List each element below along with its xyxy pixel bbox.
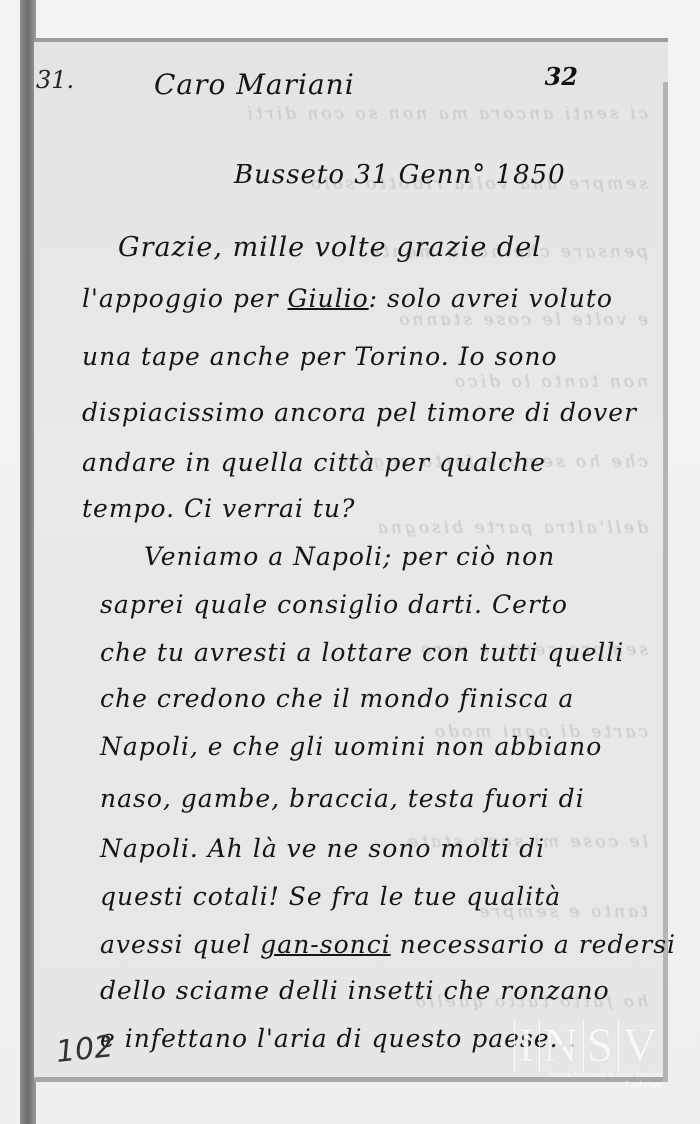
logo-letter: V — [618, 1019, 662, 1072]
insv-watermark: INSV Istituto Nazionale di Studi Verdian… — [512, 1022, 662, 1090]
underlined-word: Giulio — [288, 284, 369, 313]
folio-number-right: 32 — [545, 62, 578, 91]
letter-line: Napoli, e che gli uomini non abbiano — [100, 732, 602, 761]
letter-line: questi cotali! Se fra le tue qualità — [100, 882, 561, 911]
letter-line: avessi quel gan-sonci necessario a reder… — [100, 930, 676, 959]
letter-line: tempo. Ci verrai tu? — [82, 494, 355, 523]
letter-line: Veniamo a Napoli; per ciò non — [144, 542, 555, 571]
bleed-through-text: ci senti ancora ma non so con dirti — [64, 104, 648, 124]
salutation: Caro Mariani — [154, 68, 355, 101]
letter-page: ci senti ancora ma non so con dirti semp… — [34, 38, 668, 1082]
letter-line: Napoli. Ah là ve ne sono molti di — [100, 834, 545, 863]
letter-line: saprei quale consiglio darti. Certo — [100, 590, 568, 619]
insv-logo: INSV — [512, 1022, 662, 1070]
bleed-through-text: e volte le cose stanno — [64, 310, 648, 330]
letter-line-text: l'appoggio per Giulio: solo avrei voluto — [82, 284, 613, 313]
folio-number-left: 31. — [36, 66, 74, 94]
letter-line: dello sciame delli insetti che ronzano — [100, 976, 610, 1005]
letter-line: Grazie, mille volte grazie del — [118, 232, 542, 263]
underlined-word: gan-sonci — [260, 930, 390, 959]
letter-line: naso, gambe, braccia, testa fuori di — [100, 784, 585, 813]
letter-line: andare in quella città per qualche — [82, 448, 546, 477]
logo-letter: I — [514, 1019, 539, 1072]
letter-line: l'appoggio per Giulio: solo avrei voluto — [82, 284, 613, 313]
watermark-foundation-label: Fondazione — [512, 1080, 662, 1090]
logo-letter: N — [539, 1019, 583, 1072]
logo-letter: S — [583, 1019, 619, 1072]
letter-line: dispiacissimo ancora pel timore di dover — [82, 398, 637, 427]
letter-line: che credono che il mondo finisca a — [100, 684, 574, 713]
bleed-through-text: non tanto lo dico — [64, 372, 648, 392]
dateline: Busseto 31 Genn° 1850 — [234, 160, 566, 190]
letter-line: una tape anche per Torino. Io sono — [82, 342, 558, 371]
letter-line: e infettano l'aria di questo paese... — [100, 1024, 576, 1053]
letter-line: che tu avresti a lottare con tutti quell… — [100, 638, 624, 667]
archive-number: 102 — [54, 1029, 115, 1070]
